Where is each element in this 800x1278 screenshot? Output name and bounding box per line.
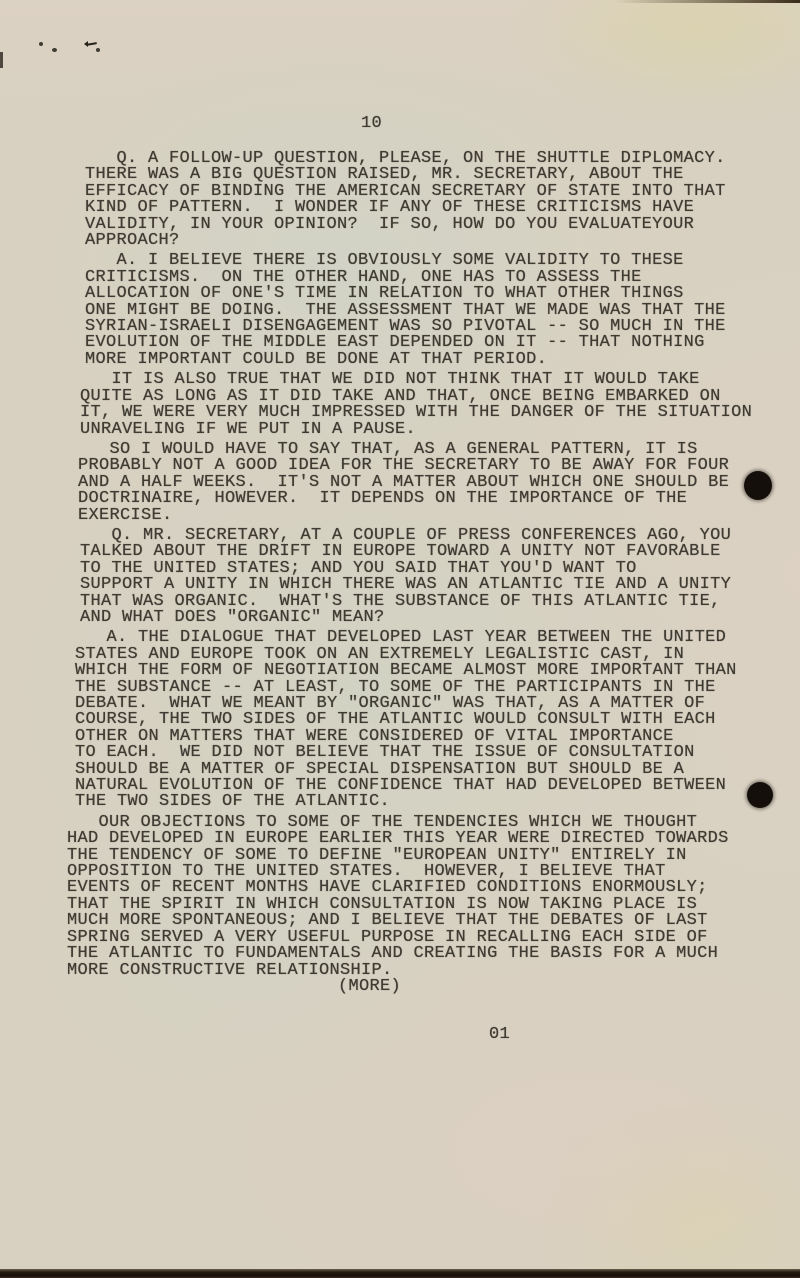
continuation-marker: (MORE) xyxy=(338,978,401,995)
hole-punch xyxy=(744,471,772,500)
paragraph-answer-dialogue: A. THE DIALOGUE THAT DEVELOPED LAST YEAR… xyxy=(75,630,785,810)
paragraph-answer-objections: OUR OBJECTIONS TO SOME OF THE TENDENCIES… xyxy=(67,815,785,979)
pen-mark-dot xyxy=(52,48,57,52)
page-number: 10 xyxy=(361,115,382,132)
footer-code: 01 xyxy=(489,1026,510,1043)
scan-top-edge-shadow xyxy=(615,0,800,3)
paragraph-answer-validity: A. I BELIEVE THERE IS OBVIOUSLY SOME VAL… xyxy=(85,253,785,368)
transcript-body: Q. A FOLLOW-UP QUESTION, PLEASE, ON THE … xyxy=(85,151,785,983)
scan-bottom-edge xyxy=(0,1269,800,1278)
paragraph-answer-general-pattern: SO I WOULD HAVE TO SAY THAT, AS A GENERA… xyxy=(78,442,785,524)
scanned-transcript-page: 10 Q. A FOLLOW-UP QUESTION, PLEASE, ON T… xyxy=(0,0,800,1278)
paragraph-question-european-unity: Q. MR. SECRETARY, AT A COUPLE OF PRESS C… xyxy=(80,528,785,626)
pen-mark-arrow-icon xyxy=(84,41,97,47)
paragraph-answer-duration: IT IS ALSO TRUE THAT WE DID NOT THINK TH… xyxy=(80,372,785,438)
paragraph-question-shuttle-diplomacy: Q. A FOLLOW-UP QUESTION, PLEASE, ON THE … xyxy=(85,151,785,249)
pen-mark-dot xyxy=(39,42,43,46)
hole-punch xyxy=(747,782,773,808)
scan-left-edge-mark xyxy=(0,52,3,68)
pen-mark-dot xyxy=(96,48,100,52)
